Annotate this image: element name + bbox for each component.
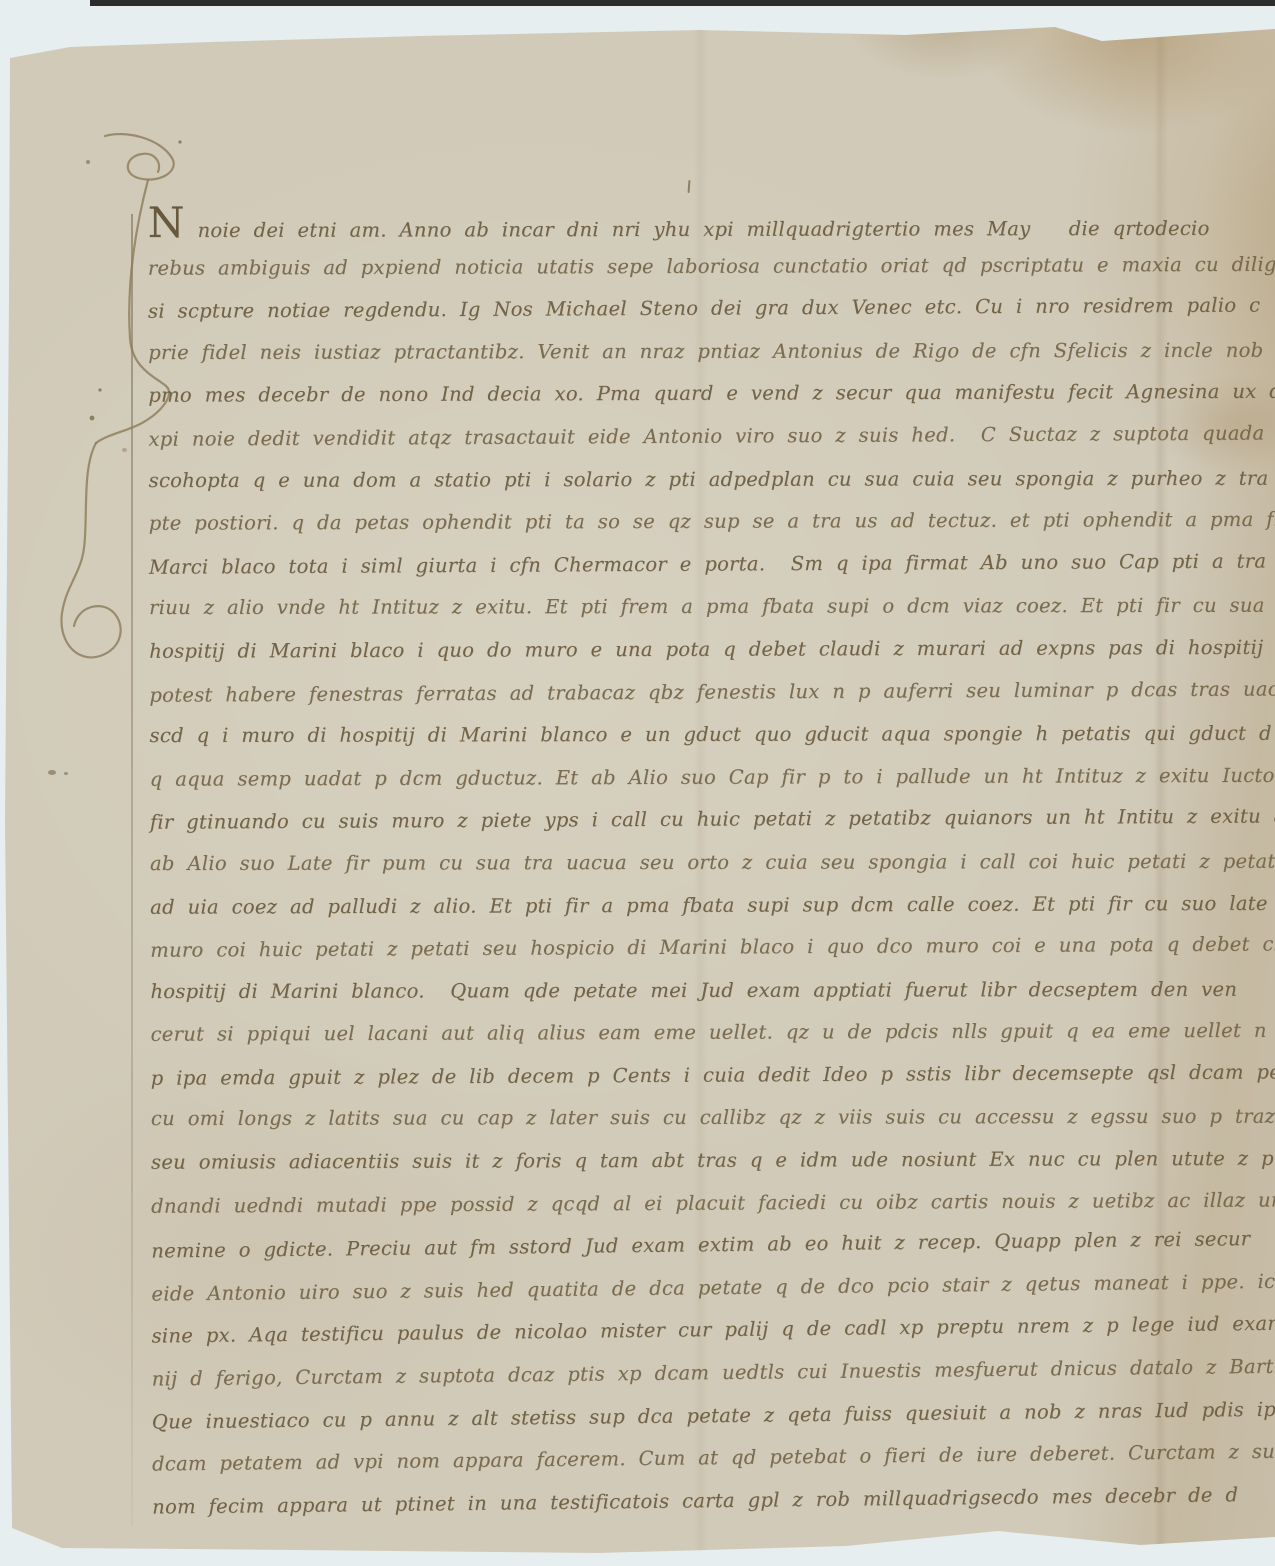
manuscript-text-line: pte postiori. q da petas ophendit pti ta… [0,508,1274,555]
manuscript-text-line: cerut si ppiqui uel lacani aut aliq aliu… [1,1019,1275,1066]
manuscript-text-line: scd q i muro di hospitij di Marini blanc… [0,722,1275,767]
manuscript-text-line: si scpture notiae regdendu. Ig Nos Micha… [0,294,1273,344]
manuscript-text-line: seu omiusis adiacentiis suis it z foris … [1,1147,1275,1194]
manuscript-text-line: hospitij di Marini blanco. Quam qde peta… [0,977,1275,1022]
manuscript-text-line: potest habere fenestras ferratas ad trab… [0,677,1275,727]
manuscript-text-line: p ipa emda gpuit z plez de lib decem p C… [1,1060,1275,1110]
manuscript-text-line: hospitij di Marini blaco i quo do muro e… [0,636,1274,683]
manuscript-text-line: N noie dei etni am. Anno ab incar dni nr… [0,211,1273,256]
manuscript-text-block: N noie dei etni am. Anno ab incar dni nr… [0,210,1275,1535]
manuscript-text-line: fir gtinuando cu suis muro z piete yps i… [0,805,1275,855]
scan-top-edge [90,0,1275,6]
manuscript-text-line: Marci blaco tota i siml giurta i cfn Che… [0,549,1274,599]
manuscript-text-line: prie fidel neis iustiaz ptractantibz. Ve… [0,338,1273,383]
manuscript-text-line: cu omi longs z latits sua cu cap z later… [1,1105,1275,1150]
manuscript-text-line: pmo mes decebr de nono Ind decia xo. Pma… [0,380,1273,427]
ink-speck [86,160,90,164]
manuscript-text-line: q aqua semp uadat p dcm gductuz. Et ab A… [0,763,1275,810]
manuscript-text-line: rebus ambiguis ad pxpiend noticia utatis… [0,252,1273,299]
manuscript-text-line: muro coi huic petati z petati seu hospic… [0,933,1275,983]
manuscript-text-line: ad uia coez ad palludi z alio. Et pti fi… [0,891,1275,938]
manuscript-text-line: riuu z alio vnde ht Intituz z exitu. Et … [0,594,1274,639]
manuscript-text-line: ab Alio suo Late fir pum cu sua tra uacu… [0,850,1275,895]
manuscript-text-line: scohopta q e una dom a statio pti i sola… [0,466,1274,511]
manuscript-scan: N noie dei etni am. Anno ab incar dni nr… [0,0,1275,1566]
manuscript-text-line: xpi noie dedit vendidit atqz trasactauit… [0,421,1274,471]
